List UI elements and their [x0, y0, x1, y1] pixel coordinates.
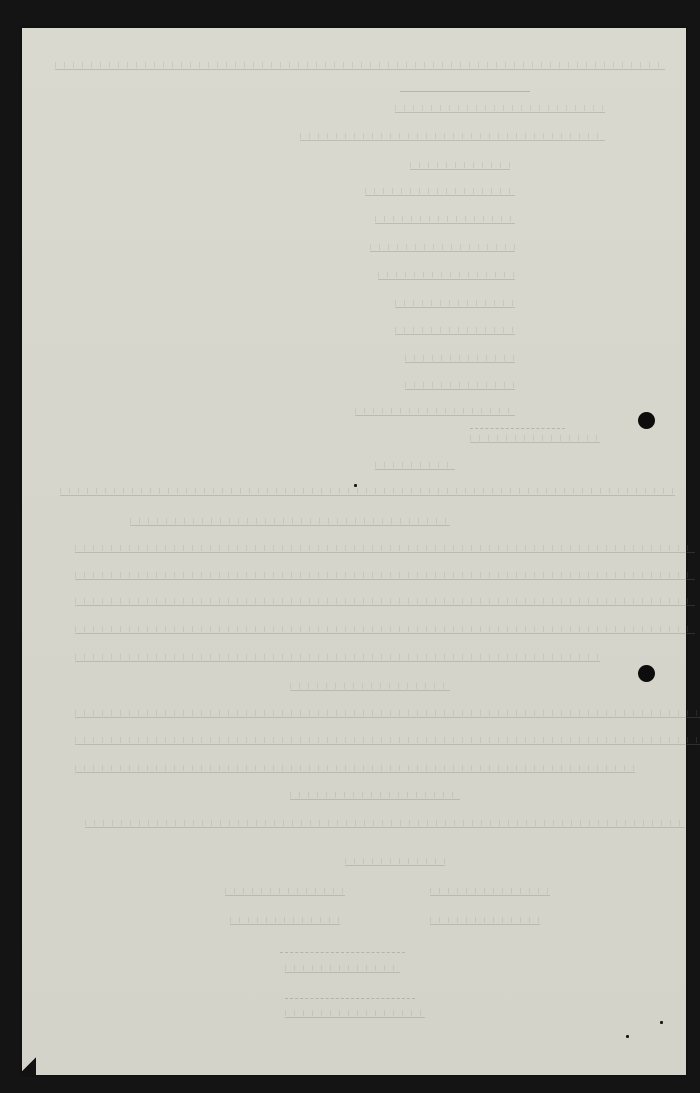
punch-hole — [638, 412, 655, 429]
bleed-through-text-line — [285, 965, 400, 973]
bleed-through-text-line — [410, 162, 510, 170]
bleed-through-text-line — [470, 435, 600, 443]
punch-hole — [638, 665, 655, 682]
bleed-through-text-line — [375, 216, 515, 224]
bleed-through-text-line — [75, 598, 695, 606]
bleed-through-text-line — [300, 133, 605, 141]
bleed-through-text-line — [395, 105, 605, 113]
bleed-through-text-line — [130, 518, 450, 526]
paper-speck — [354, 484, 357, 487]
bleed-through-text-line — [365, 188, 515, 196]
bleed-through-text-line — [75, 765, 635, 773]
bleed-through-rule — [470, 428, 565, 429]
bleed-through-text-line — [285, 1010, 425, 1018]
bleed-through-rule — [400, 91, 530, 92]
bleed-through-text-line — [430, 888, 550, 896]
bleed-through-rule — [280, 952, 405, 953]
bleed-through-text-line — [85, 820, 685, 828]
bleed-through-text-line — [395, 327, 515, 335]
bleed-through-rule — [285, 998, 415, 999]
bleed-through-text-line — [378, 272, 515, 280]
bleed-through-text-line — [355, 408, 515, 416]
bleed-through-text-line — [405, 382, 515, 390]
bleed-through-text-line — [230, 917, 340, 925]
bleed-through-text-line — [75, 710, 700, 718]
bleed-through-text-line — [430, 917, 540, 925]
bleed-through-text-line — [75, 572, 695, 580]
paper-speck — [660, 1021, 663, 1024]
bleed-through-text-line — [75, 654, 600, 662]
bleed-through-text-line — [225, 888, 345, 896]
bleed-through-text-line — [75, 626, 695, 634]
bleed-through-text-line — [370, 244, 515, 252]
bleed-through-text-line — [290, 792, 460, 800]
bleed-through-text-line — [345, 858, 445, 866]
bleed-through-text-line — [375, 462, 455, 470]
paper-speck — [626, 1035, 629, 1038]
bleed-through-text-line — [75, 545, 695, 553]
bleed-through-text-line — [75, 737, 700, 745]
bleed-through-text-line — [60, 488, 675, 496]
bleed-through-text-line — [395, 300, 515, 308]
bleed-through-text-line — [55, 62, 665, 70]
bleed-through-text-line — [290, 683, 450, 691]
bleed-through-text-line — [405, 355, 515, 363]
